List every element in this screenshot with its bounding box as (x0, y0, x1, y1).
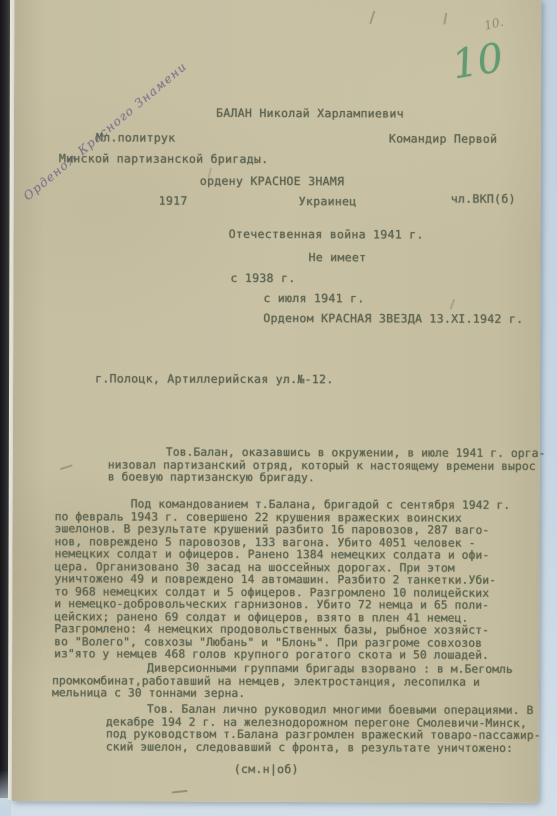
citation-paragraph-3: Диверсионными группами бригады взорвано … (52, 662, 513, 701)
in-partisans-since: с июля 1941 г. (263, 291, 364, 305)
birth-year: 1917 (159, 194, 188, 208)
recipient-rank: Мл.политрук (96, 130, 176, 144)
campaign-participation: Отечественная война 1941 г. (229, 227, 424, 242)
nationality: Украинец (299, 194, 357, 208)
home-address: г.Полоцк, Артиллерийская ул.№-12. (95, 371, 333, 386)
scanned-document-page: 10. 10 Орденом Красного Знамени БАЛАН Ни… (0, 0, 557, 816)
see-reverse-note: (см.н|об) (234, 762, 299, 776)
party-membership: чл.ВКП(б) (451, 192, 516, 206)
recipient-position: Командир Первой (389, 131, 497, 145)
in-service-since: с 1938 г. (230, 271, 295, 285)
green-page-number: 10 (449, 35, 506, 88)
handwritten-dash (172, 790, 188, 794)
handwritten-dash (60, 464, 73, 470)
pencil-page-number: 10. (483, 15, 505, 33)
award-nomination: ордену КРАСНОЕ ЗНАМЯ (200, 174, 345, 189)
citation-paragraph-2: Под командованием т.Балана, бригадой с с… (54, 498, 510, 662)
citation-paragraph-1: Тов.Балан, оказавшись в окружении, в июл… (108, 446, 546, 485)
recipient-name: БАЛАН Николай Харлампиевич (216, 106, 404, 121)
paper-sheet: 10. 10 Орденом Красного Знамени БАЛАН Ни… (12, 0, 542, 803)
previous-award: Орденом КРАСНАЯ ЗВЕЗДА 13.XI.1942 г. (263, 311, 523, 326)
stray-pen-mark (369, 10, 375, 24)
wounds-entry: Не имеет (308, 250, 366, 264)
citation-paragraph-4: Тов. Балан лично руководил многими боевы… (106, 703, 541, 755)
recipient-unit: Минской партизанской бригады. (59, 151, 269, 166)
stray-pen-mark (443, 13, 447, 25)
stray-pen-mark (449, 299, 454, 310)
